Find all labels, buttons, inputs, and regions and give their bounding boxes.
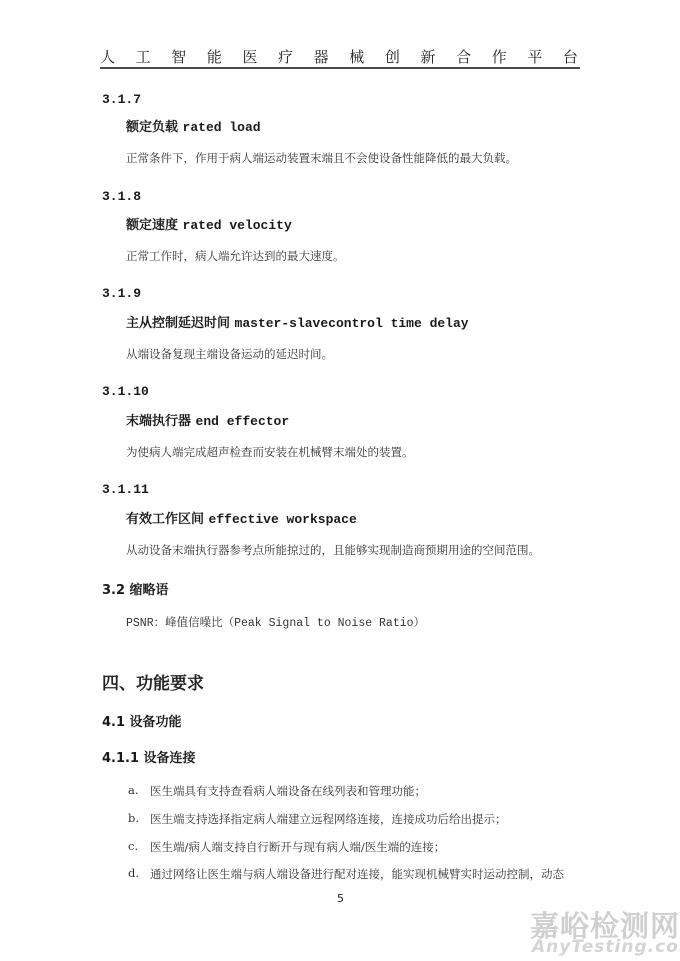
term-cn: 额定速度 xyxy=(126,218,178,233)
term-definition: 正常工作时，病人端允许达到的最大速度。 xyxy=(126,248,345,264)
term-title: 额定负载 rated load xyxy=(126,116,261,135)
header-char: 工 xyxy=(136,46,151,66)
term-definition: 从端设备复现主端设备运动的延迟时间。 xyxy=(126,346,333,362)
term-cn: 有效工作区间 xyxy=(126,512,204,527)
list-marker: b. xyxy=(128,811,139,825)
term-en: rated load xyxy=(183,120,261,135)
term-title: 末端执行器 end effector xyxy=(126,410,289,429)
term-en: master-slavecontrol time delay xyxy=(235,316,469,331)
list-marker: a. xyxy=(128,783,139,797)
list-item: 医生端/病人端支持自行断开与现有病人端/医生端的连接； xyxy=(150,839,445,855)
clause-number: 3.1.10 xyxy=(102,384,149,399)
clause-number: 3.1.9 xyxy=(102,286,141,301)
term-en: end effector xyxy=(196,414,290,429)
header-char: 械 xyxy=(349,46,364,66)
term-en: rated velocity xyxy=(183,218,292,233)
header-char: 新 xyxy=(420,46,435,66)
term-cn: 末端执行器 xyxy=(126,414,191,429)
header-char: 器 xyxy=(314,46,329,66)
running-header: 人 工 智 能 医 疗 器 械 创 新 合 作 平 台 xyxy=(100,46,578,66)
header-char: 平 xyxy=(527,46,542,66)
list-item: 医生端具有支持查看病人端设备在线列表和管理功能； xyxy=(150,783,426,799)
clause-number: 3.1.8 xyxy=(102,189,141,204)
watermark-en: AnyTesting.com xyxy=(532,937,680,957)
clause-number: 3.1.11 xyxy=(102,482,149,497)
subsection-heading: 4.1.1 设备连接 xyxy=(102,747,196,766)
header-char: 能 xyxy=(207,46,222,66)
header-rule xyxy=(100,67,580,69)
abbreviations-heading: 3.2 缩略语 xyxy=(102,579,169,598)
term-definition: 正常条件下，作用于病人端运动装置末端且不会使设备性能降低的最大负载。 xyxy=(126,150,517,166)
term-title: 有效工作区间 effective workspace xyxy=(126,508,357,527)
term-title: 主从控制延迟时间 master-slavecontrol time delay xyxy=(126,312,469,331)
term-cn: 额定负载 xyxy=(126,120,178,135)
header-char: 人 xyxy=(100,46,115,66)
header-char: 智 xyxy=(171,46,186,66)
term-title: 额定速度 rated velocity xyxy=(126,214,292,233)
term-definition: 从动设备末端执行器参考点所能掠过的，且能够实现制造商预期用途的空间范围。 xyxy=(126,542,540,558)
section-heading: 4.1 设备功能 xyxy=(102,711,182,730)
page-number: 5 xyxy=(337,892,344,905)
chapter-title: 四、功能要求 xyxy=(102,669,204,694)
header-char: 作 xyxy=(492,46,507,66)
abbreviation-item: PSNR：峰值信噪比（Peak Signal to Noise Ratio） xyxy=(126,614,425,630)
list-item: 医生端支持选择指定病人端建立远程网络连接，连接成功后给出提示； xyxy=(150,811,507,827)
header-char: 疗 xyxy=(278,46,293,66)
list-item: 通过网络让医生端与病人端设备进行配对连接，能实现机械臂实时运动控制，动态 xyxy=(150,866,564,882)
term-definition: 为使病人端完成超声检查而安装在机械臂末端处的装置。 xyxy=(126,444,414,460)
list-marker: c. xyxy=(128,839,138,853)
header-char: 台 xyxy=(563,46,578,66)
term-cn: 主从控制延迟时间 xyxy=(126,316,230,331)
term-en: effective workspace xyxy=(209,512,357,527)
clause-number: 3.1.7 xyxy=(102,92,141,107)
header-char: 医 xyxy=(242,46,257,66)
header-char: 合 xyxy=(456,46,471,66)
list-marker: d. xyxy=(128,866,139,880)
header-char: 创 xyxy=(385,46,400,66)
